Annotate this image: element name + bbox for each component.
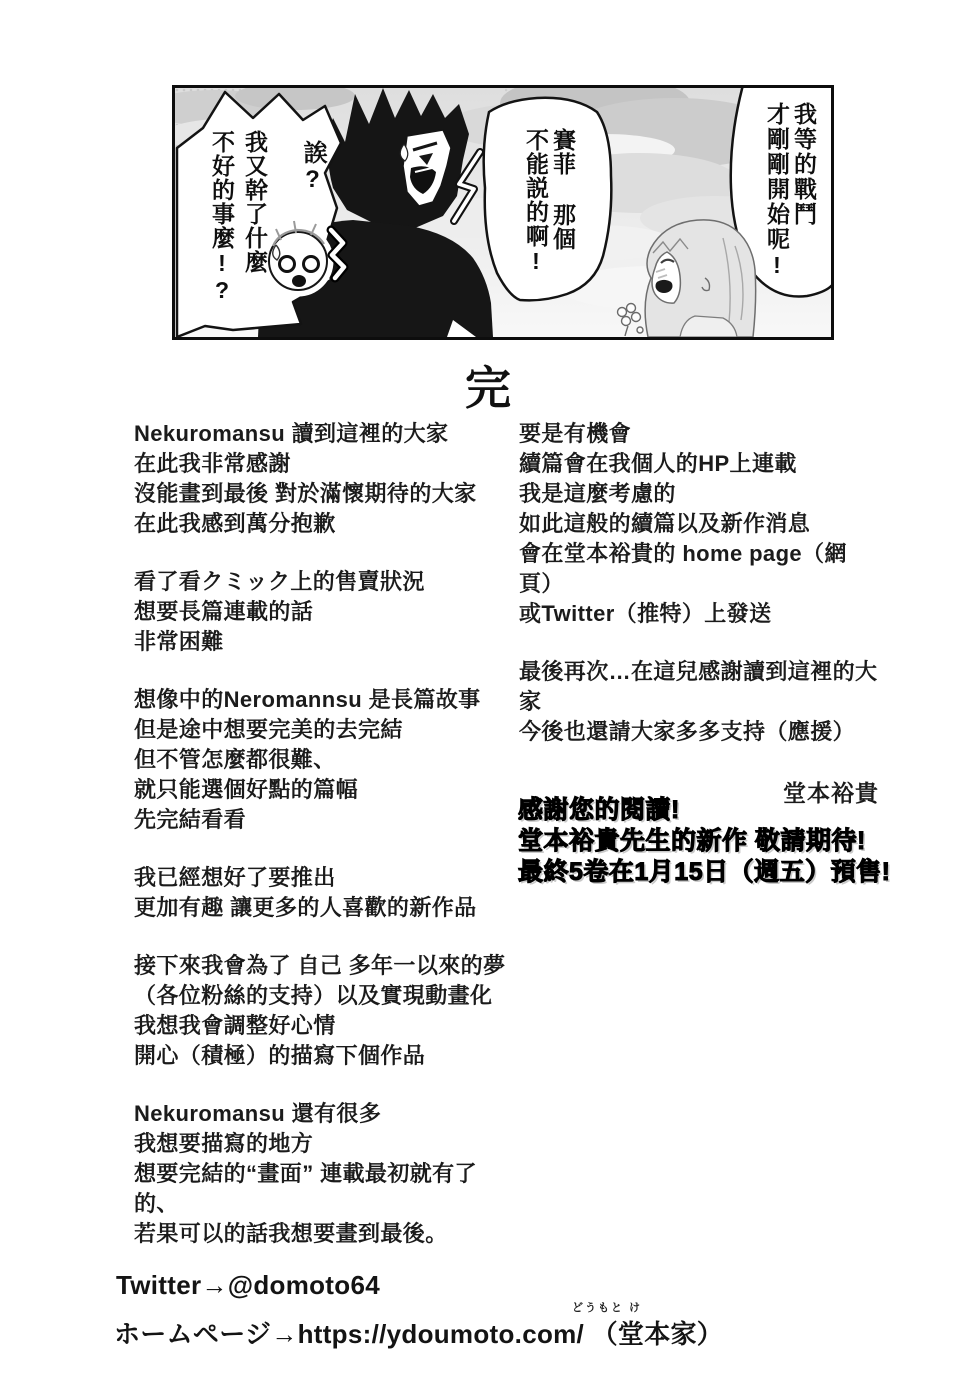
afterword-paragraph: 想像中的Neromannsu 是長篇故事 但是途中想要完美的去完結 但不管怎麼都… xyxy=(134,685,512,835)
chibi-mouth xyxy=(292,275,306,287)
final-comic-panel: 我等的戰鬥 才剛剛開始呢! 賽菲 那個 不能説的啊! 誒? 我又幹了什麼 不好的… xyxy=(172,85,834,340)
afterword-paragraph: 接下來我會為了 自己 多年一以來的夢 （各位粉絲的支持）以及實現動畫化 我想我會… xyxy=(134,951,512,1071)
release-announcement: 感謝您的閱讀! 堂本裕貴先生的新作 敬請期待! 最終5卷在1月15日（週五）預售… xyxy=(518,795,890,888)
afterword-right-column: 要是有機會 續篇會在我個人的HP上連載 我是這麼考慮的 如此這般的續篇以及新作消… xyxy=(519,419,887,808)
speech-text-battle: 我等的戰鬥 才剛剛開始呢! xyxy=(763,102,817,280)
afterword-paragraph: 看了看クミック上的售賣狀況 想要長篇連載的話 非常困難 xyxy=(134,567,512,657)
afterword-paragraph: Nekuromansu 讀到這裡的大家 在此我非常感謝 沒能畫到最後 對於滿懷期… xyxy=(134,419,512,539)
manga-afterword-page: 我等的戰鬥 才剛剛開始呢! 賽菲 那個 不能説的啊! 誒? 我又幹了什麼 不好的… xyxy=(0,0,960,1378)
girl-character xyxy=(645,220,756,337)
speech-text-scold: 賽菲 那個 不能説的啊! xyxy=(522,128,576,275)
twitter-handle: Twitter→@domoto64 xyxy=(116,1270,380,1301)
furigana-label: どうもと け xyxy=(572,1299,642,1315)
the-end-mark: 完 xyxy=(0,352,960,418)
afterword-paragraph: 最後再次…在這兒感謝讀到這裡的大家 今後也還請大家多多支持（應援） xyxy=(519,657,887,747)
chibi-eye-right xyxy=(304,257,319,272)
afterword-paragraph: Nekuromansu 還有很多 我想要描寫的地方 想要完結的“畫面” 連載最初… xyxy=(134,1099,512,1249)
afterword-left-column: Nekuromansu 讀到這裡的大家 在此我非常感謝 沒能畫到最後 對於滿懷期… xyxy=(134,419,512,1277)
homepage-url: ホームページ→https://ydoumoto.com/ （堂本家） xyxy=(114,1314,723,1351)
afterword-paragraph: 我已經想好了要推出 更加有趣 讓更多的人喜歡的新作品 xyxy=(134,863,512,923)
speech-text-confused: 我又幹了什麼 不好的事麼!? xyxy=(205,130,271,304)
speech-text-eh: 誒? xyxy=(295,140,330,195)
afterword-paragraph: 要是有機會 續篇會在我個人的HP上連載 我是這麼考慮的 如此這般的續篇以及新作消… xyxy=(519,419,887,629)
panel-artwork xyxy=(175,88,831,337)
chibi-eye-left xyxy=(280,257,295,272)
